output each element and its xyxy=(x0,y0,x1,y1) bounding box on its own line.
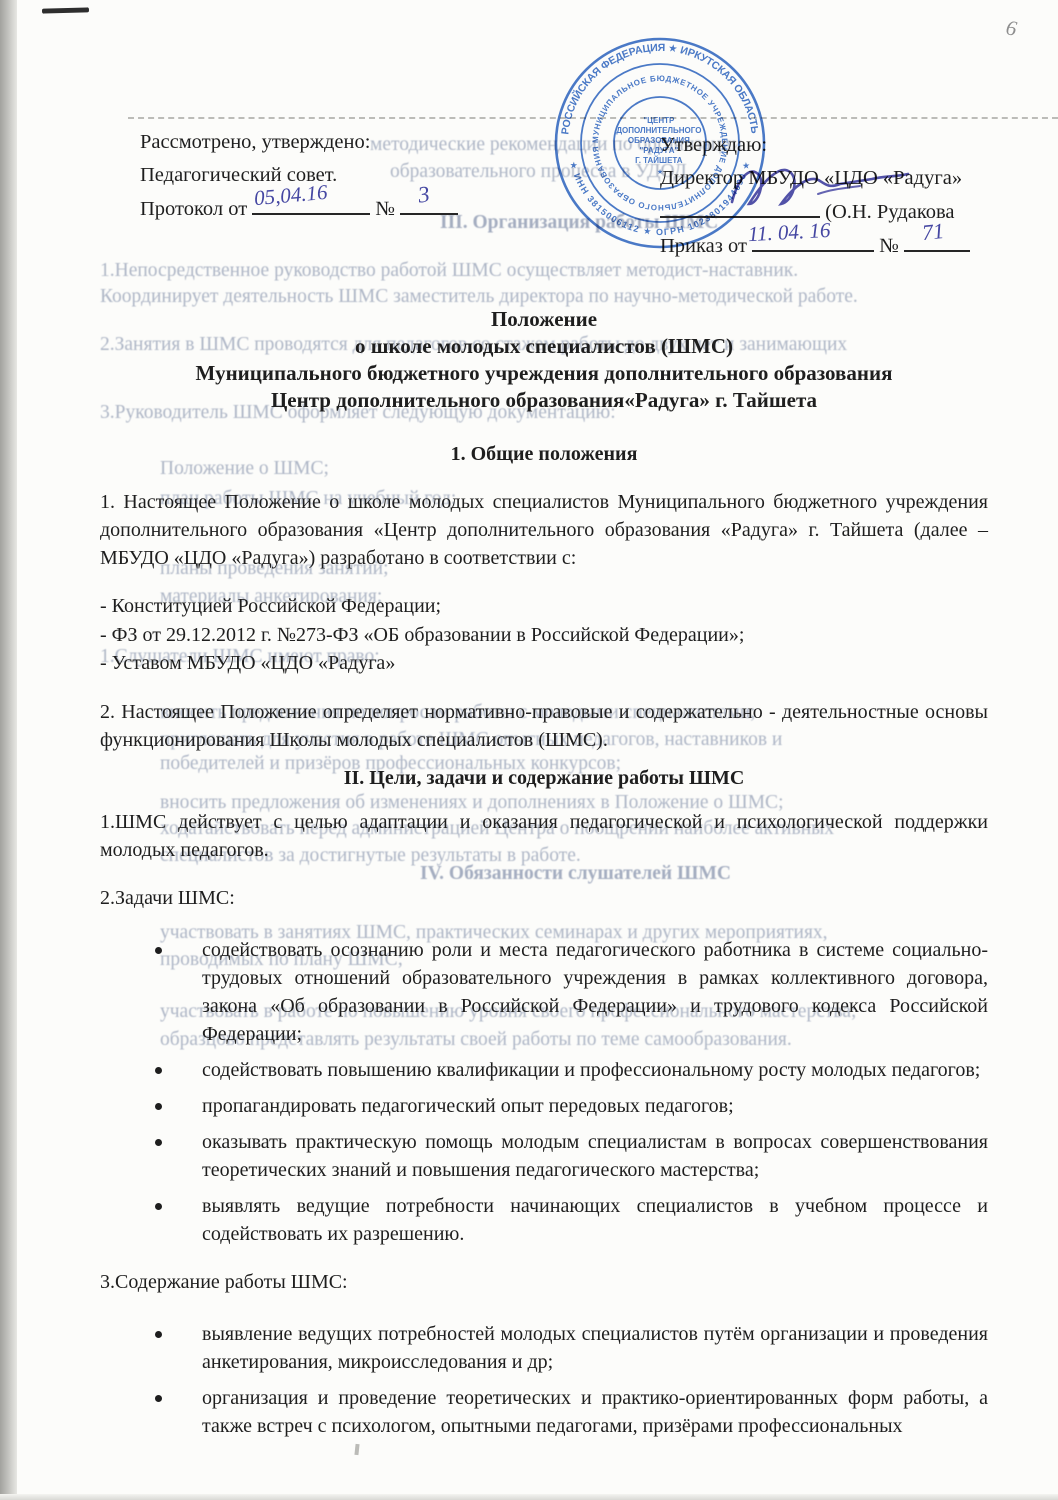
legal-references: - Конституцией Российской Федерации; - Ф… xyxy=(100,592,988,678)
handwritten-protocol-date: 05,04.16 xyxy=(253,176,329,215)
reference-item: - Уставом МБУДО «ЦДО «Радуга» xyxy=(100,649,988,678)
task-item: пропагандировать педагогический опыт пер… xyxy=(100,1092,988,1120)
section2-heading: II. Цели, задачи и содержание работы ШМС xyxy=(100,764,988,792)
handwritten-page-number: 6 xyxy=(1004,15,1019,41)
tasks-list: содействовать осознанию роли и места пед… xyxy=(100,936,988,1248)
approval-block-left: Рассмотрено, утверждено: Педагогический … xyxy=(140,126,458,226)
protocol-date-line: 05,04.16 xyxy=(252,192,370,215)
protocol-label: Протокол от xyxy=(140,198,247,220)
content-text: организация и проведение теоретических и… xyxy=(202,1387,988,1437)
content-item: организация и проведение теоретических и… xyxy=(100,1384,988,1440)
section2-paragraph3: 3.Содержание работы ШМС: xyxy=(100,1268,988,1296)
scan-artifact-mark xyxy=(42,7,89,13)
section1-paragraph2: 2. Настоящее Положение определяет нормат… xyxy=(100,698,988,754)
number-sign: № xyxy=(375,198,395,220)
reference-item: - Конституцией Российской Федерации; xyxy=(100,592,988,621)
task-text: оказывать практическую помощь молодым сп… xyxy=(202,1131,988,1181)
official-round-stamp: РОССИЙСКАЯ ФЕДЕРАЦИЯ ★ ИРКУТСКАЯ ОБЛАСТЬ… xyxy=(545,28,775,258)
document-title: Положение о школе молодых специалистов (… xyxy=(100,306,988,414)
title-line2: о школе молодых специалистов (ШМС) xyxy=(100,333,988,360)
section1-heading: 1. Общие положения xyxy=(100,440,988,468)
section2-paragraph1: 1.ШМС действует с целью адаптации и оказ… xyxy=(100,808,988,864)
content-item: выявление ведущих потребностей молодых с… xyxy=(100,1320,988,1376)
task-text: содействовать повышению квалификации и п… xyxy=(202,1059,980,1081)
work-content-list: выявление ведущих потребностей молодых с… xyxy=(100,1320,988,1440)
task-item: выявлять ведущие потребности начинающих … xyxy=(100,1192,988,1248)
content-text: выявление ведущих потребностей молодых с… xyxy=(202,1323,988,1373)
task-item: содействовать осознанию роли и места пед… xyxy=(100,936,988,1048)
director-signature xyxy=(722,158,922,220)
section2-paragraph2: 2.Задачи ШМС: xyxy=(100,884,988,912)
approval-left-line1: Рассмотрено, утверждено: xyxy=(140,126,458,159)
stamp-center-text: "ЦЕНТР ДОПОЛНИТЕЛЬНОГО ОБРАЗОВАНИЯ "РАДУ… xyxy=(616,116,703,176)
approval-left-line3: Протокол от 05,04.16 № 3 xyxy=(140,192,458,226)
scan-edge-shadow xyxy=(0,0,17,1500)
document-body: Положение о школе молодых специалистов (… xyxy=(100,306,988,1448)
task-text: выявлять ведущие потребности начинающих … xyxy=(202,1195,988,1245)
scanned-document-page: 6 методические рекомендации по организац… xyxy=(0,0,1058,1500)
task-item: содействовать повышению квалификации и п… xyxy=(100,1056,988,1084)
handwritten-order-number: 71 xyxy=(920,214,945,249)
order-number-line: 71 xyxy=(904,229,970,252)
title-line1: Положение xyxy=(100,306,988,333)
reference-item: - ФЗ от 29.12.2012 г. №273-ФЗ «ОБ образо… xyxy=(100,621,988,650)
title-line4: Центр дополнительного образования«Радуга… xyxy=(100,387,988,414)
section1-paragraph1: 1. Настоящее Положение о школе молодых с… xyxy=(100,488,988,572)
scan-bottom-shadow xyxy=(0,1494,1058,1500)
task-text: содействовать осознанию роли и места пед… xyxy=(202,939,988,1045)
task-text: пропагандировать педагогический опыт пер… xyxy=(202,1095,734,1117)
protocol-number-line: 3 xyxy=(400,192,458,215)
task-item: оказывать практическую помощь молодым сп… xyxy=(100,1128,988,1184)
number-sign: № xyxy=(879,235,899,257)
title-line3: Муниципального бюджетного учреждения доп… xyxy=(100,360,988,387)
